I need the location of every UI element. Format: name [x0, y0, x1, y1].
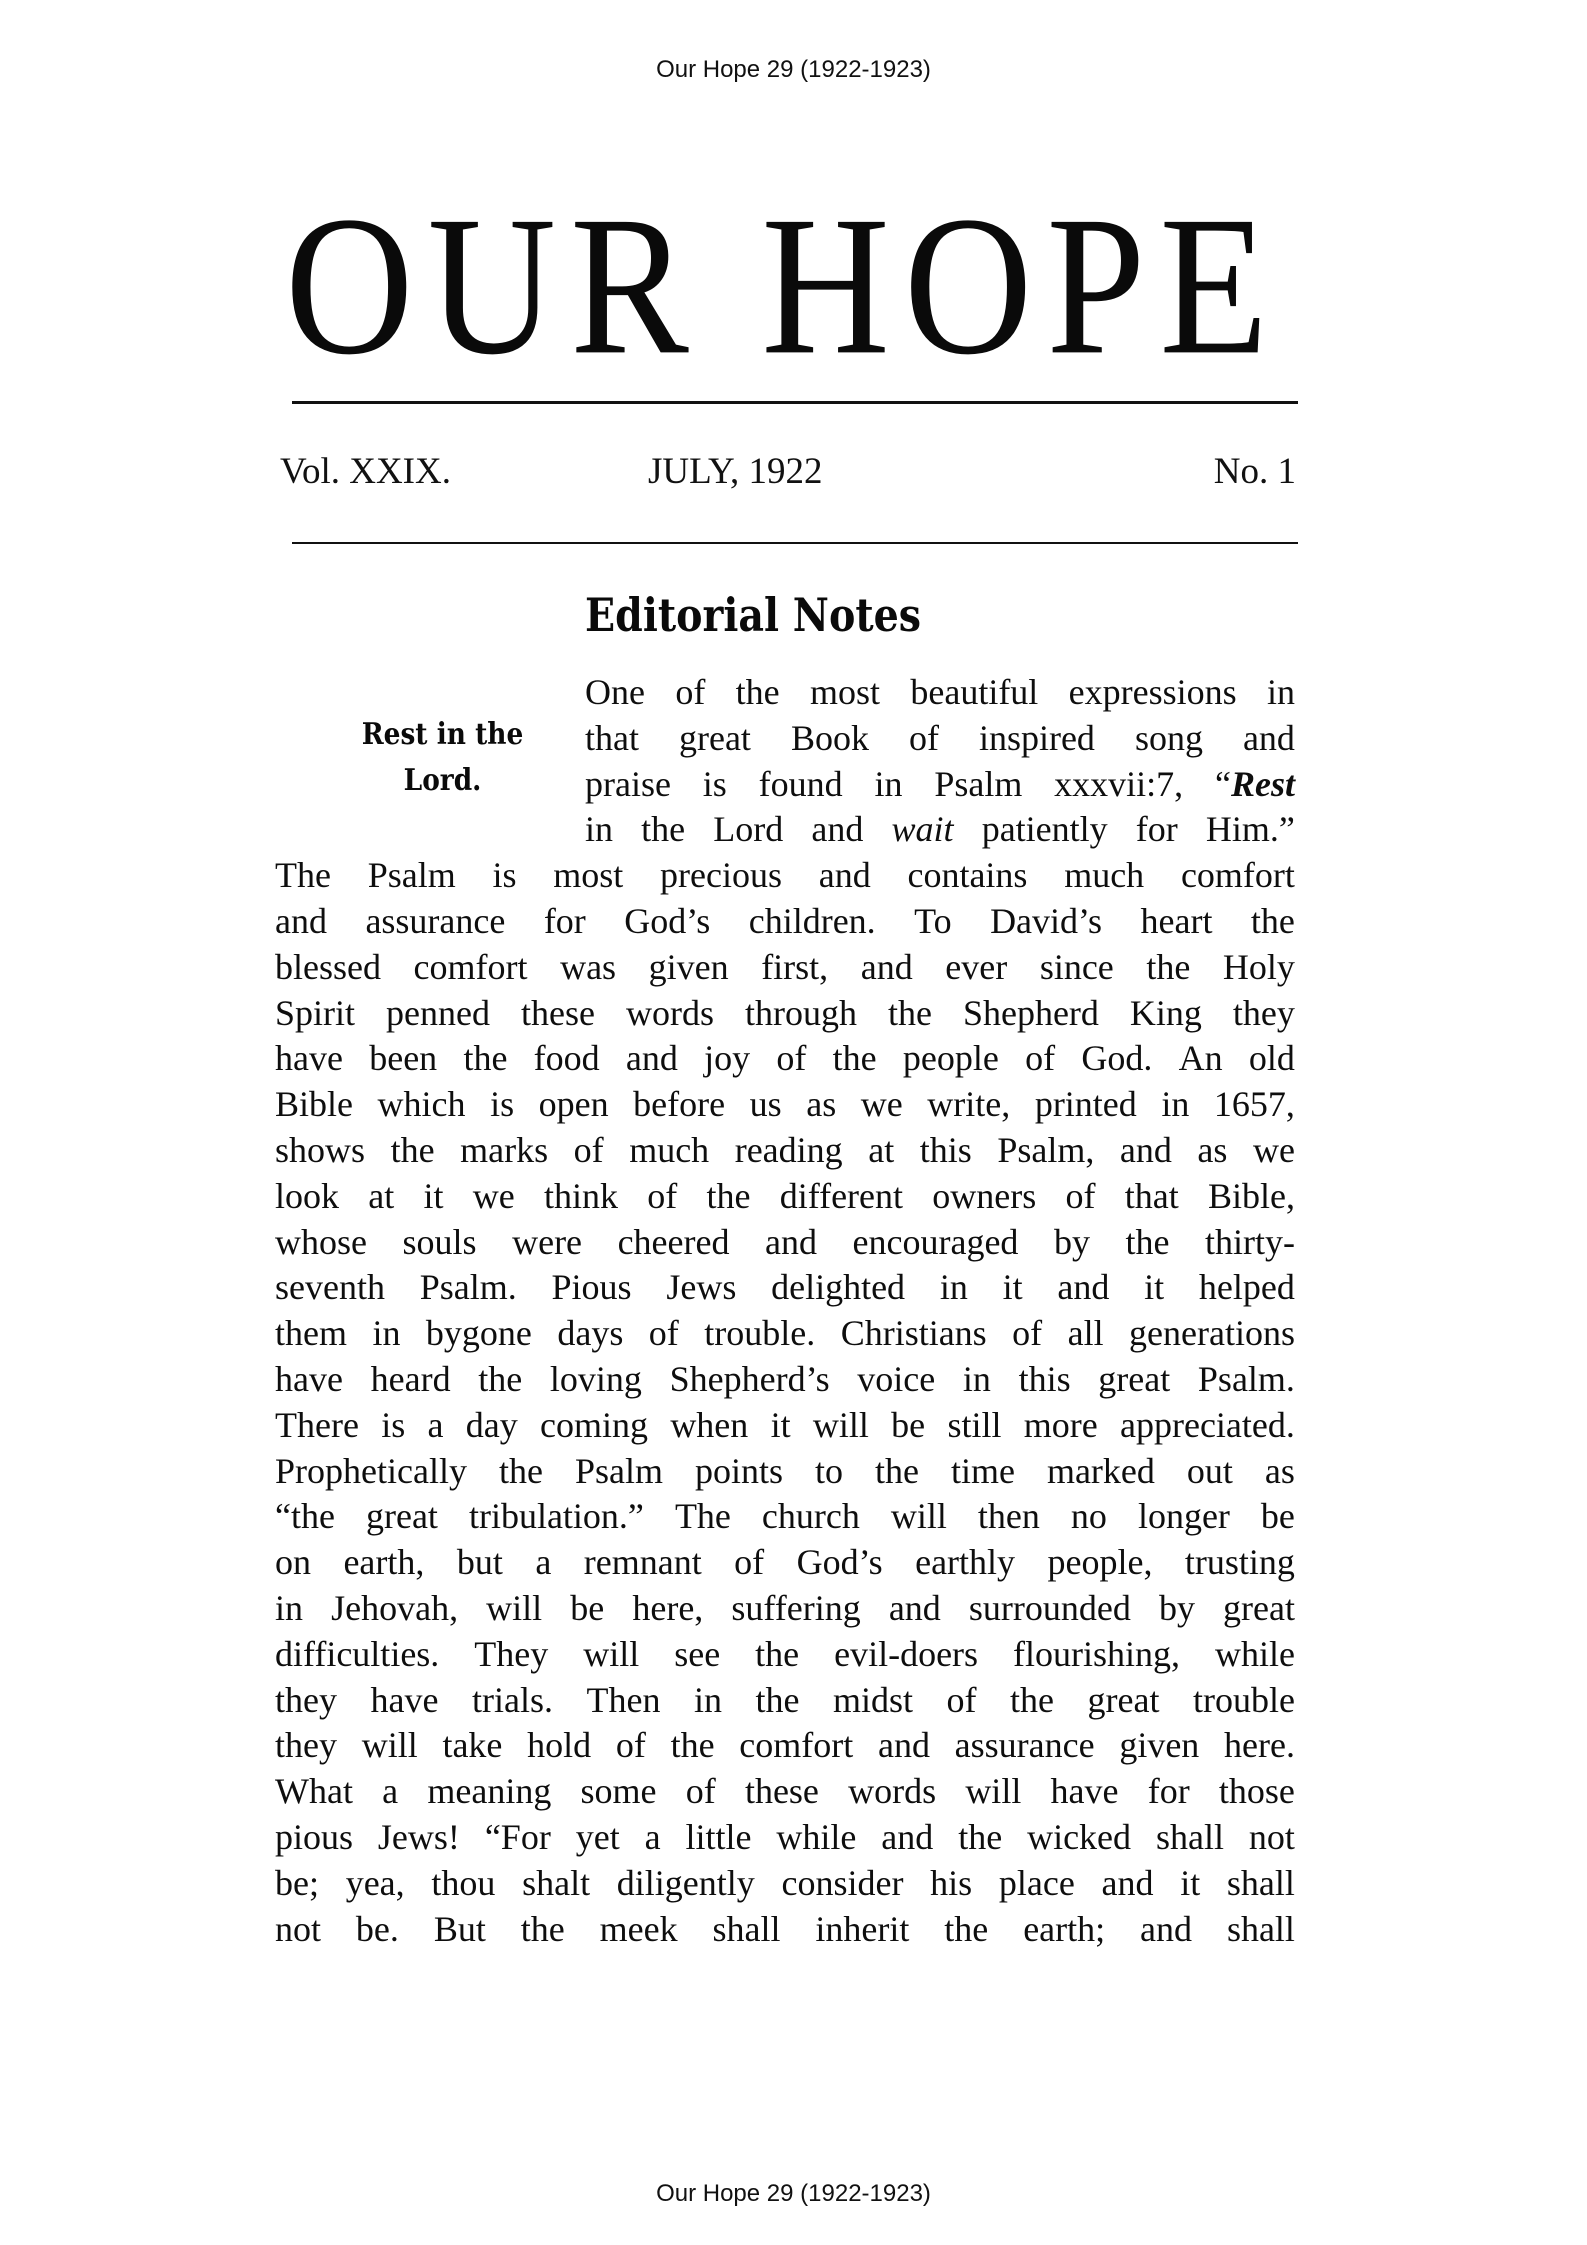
- body-line: lookatitwethinkofthedifferentownersoftha…: [275, 1174, 1295, 1220]
- issue-number: No. 1: [1214, 450, 1296, 493]
- body-line: theyhavetrials.Theninthemidstofthegreatt…: [275, 1678, 1295, 1724]
- body-line: blessedcomfortwasgivenfirst,andeversince…: [275, 945, 1295, 991]
- body-line: haveheardthelovingShepherd’svoiceinthisg…: [275, 1357, 1295, 1403]
- body-line: notbe.Butthemeekshallinherittheearth;and…: [275, 1907, 1295, 1953]
- body-line: Oneofthemostbeautifulexpressionsin: [585, 670, 1295, 716]
- body-line: showsthemarksofmuchreadingatthisPsalm,an…: [275, 1128, 1295, 1174]
- bottom-rule: [292, 542, 1298, 544]
- body-line: theminbygonedaysoftrouble.Christiansofal…: [275, 1311, 1295, 1357]
- body-line: andassuranceforGod’schildren.ToDavid’she…: [275, 899, 1295, 945]
- body-line: theywilltakeholdofthecomfortandassurance…: [275, 1723, 1295, 1769]
- running-footer: Our Hope 29 (1922-1923): [0, 2180, 1587, 2208]
- body-line: onearth,butaremnantofGod’searthlypeople,…: [275, 1540, 1295, 1586]
- issue-info-row: Vol. XXIX. JULY, 1922 No. 1: [280, 450, 1296, 500]
- issue-date: JULY, 1922: [648, 450, 822, 493]
- body-line: be;yea,thoushaltdiligentlyconsiderhispla…: [275, 1861, 1295, 1907]
- body-line: seventhPsalm.PiousJewsdelightedinitandit…: [275, 1265, 1295, 1311]
- body-line: praiseisfoundinPsalmxxxvii:7,“Rest: [585, 762, 1295, 808]
- body-line: SpiritpennedthesewordsthroughtheShepherd…: [275, 991, 1295, 1037]
- body-line: whosesoulswerecheeredandencouragedbythet…: [275, 1220, 1295, 1266]
- body-line: piousJews!“Foryetalittlewhileandthewicke…: [275, 1815, 1295, 1861]
- body-line: havebeenthefoodandjoyofthepeopleofGod.An…: [275, 1036, 1295, 1082]
- body-line: Whatameaningsomeofthesewordswillhavefort…: [275, 1769, 1295, 1815]
- body-line: difficulties.Theywillseetheevil-doersflo…: [275, 1632, 1295, 1678]
- body-line: thatgreatBookofinspiredsongand: [585, 716, 1295, 762]
- body-line: inJehovah,willbehere,sufferingandsurroun…: [275, 1586, 1295, 1632]
- article-body: Oneofthemostbeautifulexpressionsinthatgr…: [275, 670, 1295, 1952]
- body-line: Thereisadaycomingwhenitwillbestillmoreap…: [275, 1403, 1295, 1449]
- volume-label: Vol. XXIX.: [280, 450, 451, 493]
- body-line: ThePsalmismostpreciousandcontainsmuchcom…: [275, 853, 1295, 899]
- running-header: Our Hope 29 (1922-1923): [0, 56, 1587, 84]
- body-line: PropheticallythePsalmpointstothetimemark…: [275, 1449, 1295, 1495]
- body-line: “thegreattribulation.”Thechurchwillthenn…: [275, 1494, 1295, 1540]
- article-heading: Editorial Notes: [585, 588, 921, 642]
- masthead-title-text: OUR HOPE: [285, 190, 1282, 380]
- body-line: intheLordandwaitpatientlyforHim.”: [585, 807, 1295, 853]
- body-line: Biblewhichisopenbeforeusaswewrite,printe…: [275, 1082, 1295, 1128]
- masthead-title: OUR HOPE: [285, 190, 1295, 380]
- top-rule: [292, 401, 1298, 404]
